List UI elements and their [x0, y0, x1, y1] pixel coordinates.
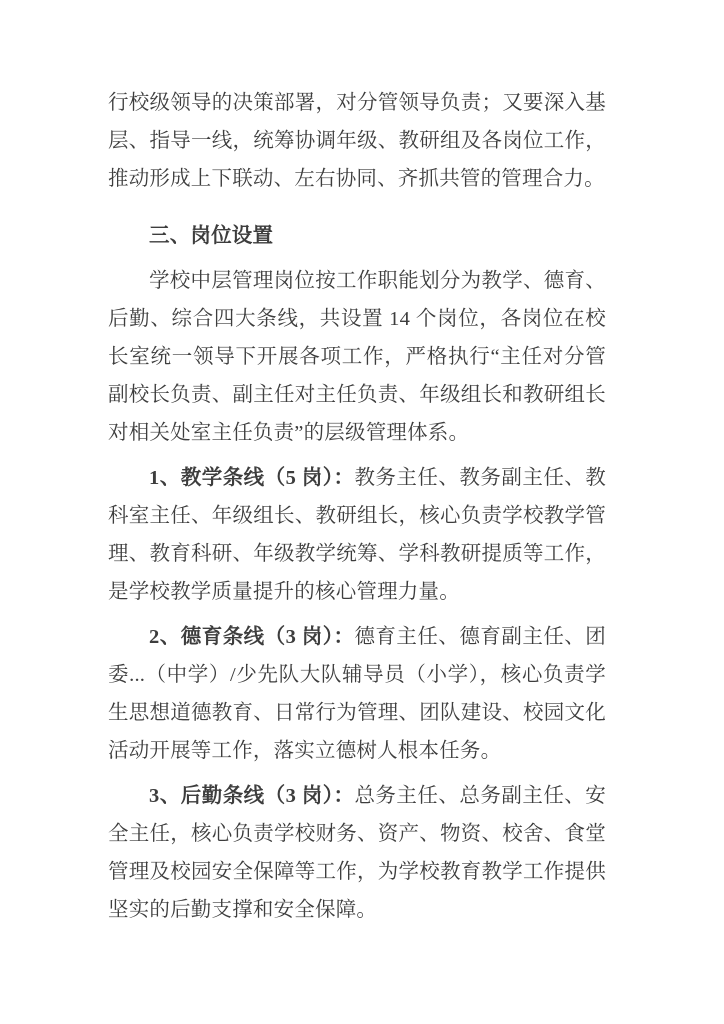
item-lead: 1、教学条线（5 岗）： [149, 467, 354, 489]
list-item: 3、后勤条线（3 岗）：总务主任、总务副主任、安全主任，核心负责学校财务、资产、… [108, 777, 606, 929]
document-page: 行校级领导的决策部署，对分管领导负责；又要深入基层、指导一线，统筹协调年级、教研… [0, 0, 724, 1024]
item-lead: 2、德育条线（3 岗）： [149, 626, 354, 648]
section-heading: 三、岗位设置 [108, 217, 606, 255]
item-lead: 3、后勤条线（3 岗）： [149, 785, 354, 807]
document-body: 行校级领导的决策部署，对分管领导负责；又要深入基层、指导一线，统筹协调年级、教研… [108, 84, 606, 929]
list-item: 1、教学条线（5 岗）：教务主任、教务副主任、教科室主任、年级组长、教研组长，核… [108, 459, 606, 611]
paragraph: 行校级领导的决策部署，对分管领导负责；又要深入基层、指导一线，统筹协调年级、教研… [108, 84, 606, 198]
list-item: 2、德育条线（3 岗）：德育主任、德育副主任、团委...（中学）/少先队大队辅导… [108, 618, 606, 770]
paragraph: 学校中层管理岗位按工作职能划分为教学、德育、后勤、综合四大条线，共设置 14 个… [108, 262, 606, 452]
